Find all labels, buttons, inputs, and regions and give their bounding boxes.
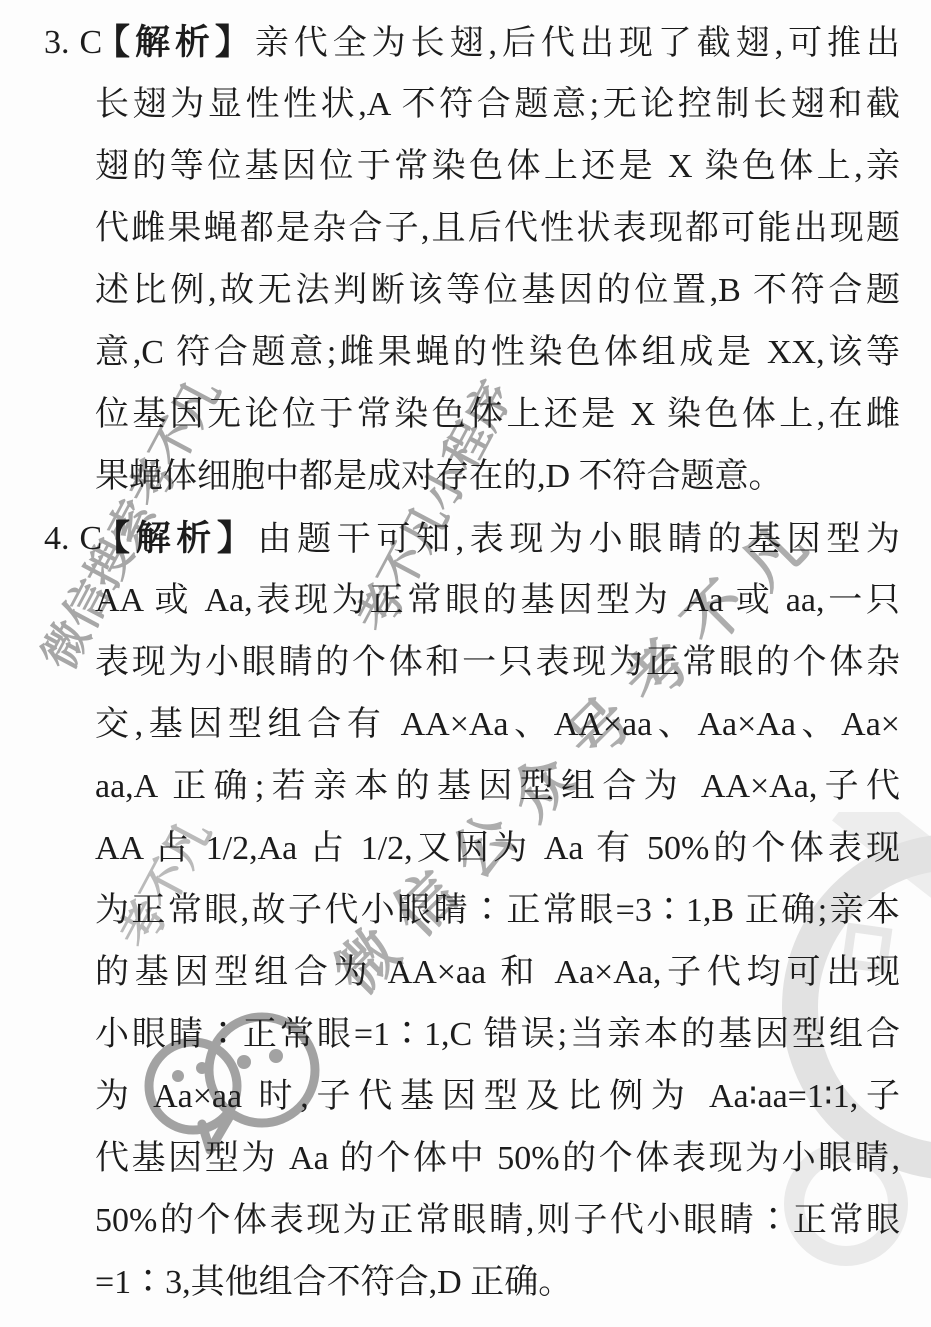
answer-text: 翅的等位基因位于常染色体上还是 X 染色体上,亲 bbox=[95, 148, 900, 185]
answer-text: AA 占 1/2,Aa 占 1/2,又因为 Aa 有 50%的个体表现 bbox=[95, 830, 900, 867]
answer-line: 表现为小眼睛的个体和一只表现为正常眼的个体杂 bbox=[95, 632, 900, 694]
answer-line: 翅的等位基因位于常染色体上还是 X 染色体上,亲 bbox=[95, 136, 900, 198]
answer-line: =1∶3,其他组合不符合,D 正确。 bbox=[95, 1252, 900, 1314]
answer-line: 4.C【解析】由题干可知,表现为小眼睛的基因型为 bbox=[95, 508, 900, 570]
answer-explanations: 3.C【解析】亲代全为长翅,后代出现了截翅,可推出长翅为显性性状,A 不符合题意… bbox=[0, 0, 931, 1314]
scanned-answer-page: 微信搜索考不凡 考不凡小程序 微信公众号考不凡 考不凡 3.C bbox=[0, 0, 931, 1327]
answer-text: 为正常眼,故子代小眼睛∶正常眼=3∶1,B 正确;亲本 bbox=[95, 892, 900, 929]
answer-line: 交,基因型组合有 AA×Aa、AA×aa、Aa×Aa、Aa× bbox=[95, 694, 900, 756]
answer-line: 意,C 符合题意;雌果蝇的性染色体组成是 XX,该等 bbox=[95, 322, 900, 384]
answer-text: 代基因型为 Aa 的个体中 50%的个体表现为小眼睛, bbox=[95, 1140, 900, 1177]
answer-line: aa,A 正确;若亲本的基因型组合为 AA×Aa,子代 bbox=[95, 756, 900, 818]
answer-line: 长翅为显性性状,A 不符合题意;无论控制长翅和截 bbox=[95, 74, 900, 136]
answer-line: 述比例,故无法判断该等位基因的位置,B 不符合题 bbox=[95, 260, 900, 322]
answer-text: AA 或 Aa,表现为正常眼的基因型为 Aa 或 aa,一只 bbox=[95, 582, 900, 619]
answer-text: 小眼睛∶正常眼=1∶1,C 错误;当亲本的基因型组合 bbox=[95, 1016, 900, 1053]
answer-line: 果蝇体细胞中都是成对存在的,D 不符合题意。 bbox=[95, 446, 900, 508]
answer-text: =1∶3,其他组合不符合,D 正确。 bbox=[95, 1264, 572, 1301]
answer-line: 位基因无论位于常染色体上还是 X 染色体上,在雌 bbox=[95, 384, 900, 446]
answer-text: 50%的个体表现为正常眼睛,则子代小眼睛∶正常眼 bbox=[95, 1202, 900, 1239]
answer-text: 果蝇体细胞中都是成对存在的,D 不符合题意。 bbox=[95, 458, 783, 495]
answer-text: 由题干可知,表现为小眼睛的基因型为 bbox=[258, 521, 901, 558]
answer-line: 代雌果蝇都是杂合子,且后代性状表现都可能出现题 bbox=[95, 198, 900, 260]
answer-text: 长翅为显性性状,A 不符合题意;无论控制长翅和截 bbox=[95, 86, 900, 123]
answer-line: 为 Aa×aa 时,子代基因型及比例为 Aa∶aa=1∶1,子 bbox=[95, 1066, 900, 1128]
answer-text: 交,基因型组合有 AA×Aa、AA×aa、Aa×Aa、Aa× bbox=[95, 706, 900, 743]
answer-line: 的基因型组合为 AA×aa 和 Aa×Aa,子代均可出现 bbox=[95, 942, 900, 1004]
answer-text: 述比例,故无法判断该等位基因的位置,B 不符合题 bbox=[95, 272, 900, 309]
analysis-label: 【解析】 bbox=[95, 519, 258, 558]
answer-text: 的基因型组合为 AA×aa 和 Aa×Aa,子代均可出现 bbox=[95, 954, 900, 991]
answer-line: AA 或 Aa,表现为正常眼的基因型为 Aa 或 aa,一只 bbox=[95, 570, 900, 632]
answer-letter: C bbox=[80, 24, 103, 61]
answer-line: 3.C【解析】亲代全为长翅,后代出现了截翅,可推出 bbox=[95, 12, 900, 74]
answer-letter: C bbox=[80, 520, 103, 557]
answer-text: 意,C 符合题意;雌果蝇的性染色体组成是 XX,该等 bbox=[95, 334, 900, 371]
answer-line: 代基因型为 Aa 的个体中 50%的个体表现为小眼睛, bbox=[95, 1128, 900, 1190]
question-number: 3.C bbox=[44, 12, 102, 74]
answer-line: AA 占 1/2,Aa 占 1/2,又因为 Aa 有 50%的个体表现 bbox=[95, 818, 900, 880]
question-number-text: 3. bbox=[44, 24, 70, 61]
answer-text: 表现为小眼睛的个体和一只表现为正常眼的个体杂 bbox=[95, 644, 900, 681]
question-number-text: 4. bbox=[44, 520, 70, 557]
answer-text: 代雌果蝇都是杂合子,且后代性状表现都可能出现题 bbox=[95, 210, 900, 247]
answer-text: 亲代全为长翅,后代出现了截翅,可推出 bbox=[255, 25, 900, 62]
answer-text: aa,A 正确;若亲本的基因型组合为 AA×Aa,子代 bbox=[95, 768, 900, 805]
answer-text: 为 Aa×aa 时,子代基因型及比例为 Aa∶aa=1∶1,子 bbox=[95, 1078, 900, 1115]
answer-line: 小眼睛∶正常眼=1∶1,C 错误;当亲本的基因型组合 bbox=[95, 1004, 900, 1066]
analysis-label: 【解析】 bbox=[95, 23, 255, 62]
question-number: 4.C bbox=[44, 508, 102, 570]
answer-text: 位基因无论位于常染色体上还是 X 染色体上,在雌 bbox=[95, 396, 900, 433]
answer-line: 为正常眼,故子代小眼睛∶正常眼=3∶1,B 正确;亲本 bbox=[95, 880, 900, 942]
answer-line: 50%的个体表现为正常眼睛,则子代小眼睛∶正常眼 bbox=[95, 1190, 900, 1252]
